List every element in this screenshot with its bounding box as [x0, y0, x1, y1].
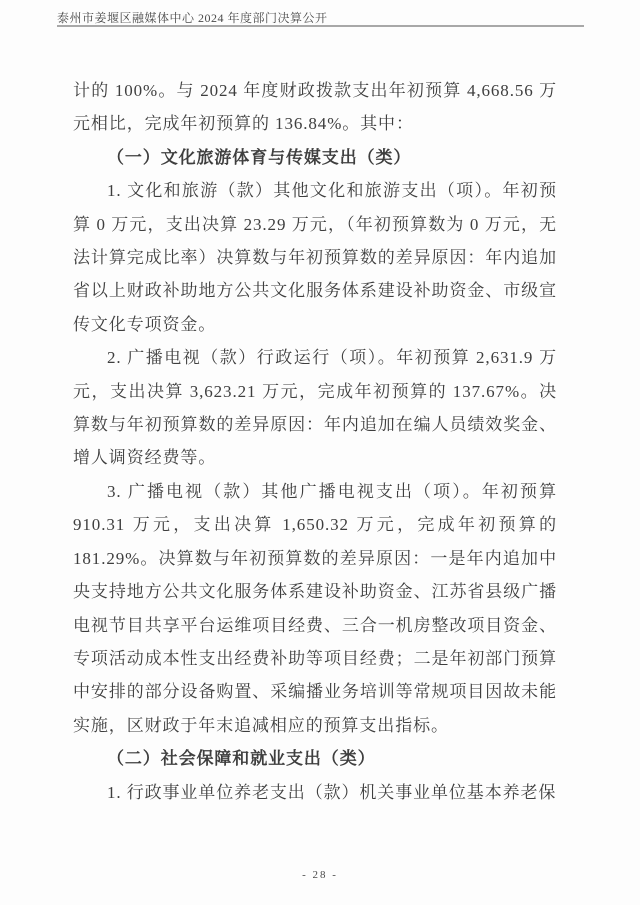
document-header-title: 泰州市姜堰区融媒体中心 2024 年度部门决算公开 [57, 9, 328, 26]
page-footer: - 28 - [0, 869, 640, 881]
document-page: 泰州市姜堰区融媒体中心 2024 年度部门决算公开 计的 100%。与 2024… [0, 0, 640, 905]
header-divider [57, 25, 584, 27]
paragraph-budget-summary: 计的 100%。与 2024 年度财政拨款支出年初预算 4,668.56 万元相… [73, 74, 557, 141]
paragraph-item-2-broadcast-admin: 2. 广播电视（款）行政运行（项）。年初预算 2,631.9 万元，支出决算 3… [73, 341, 557, 475]
paragraph-item-1-pension: 1. 行政事业单位养老支出（款）机关事业单位基本养老保 [73, 776, 557, 809]
paragraph-item-1-culture-tourism: 1. 文化和旅游（款）其他文化和旅游支出（项）。年初预算 0 万元，支出决算 2… [73, 174, 557, 341]
section-heading-culture-tourism: （一）文化旅游体育与传媒支出（类） [73, 141, 557, 174]
section-heading-social-security: （二）社会保障和就业支出（类） [73, 742, 557, 775]
document-body: 计的 100%。与 2024 年度财政拨款支出年初预算 4,668.56 万元相… [73, 74, 557, 809]
paragraph-item-3-broadcast-other: 3. 广播电视（款）其他广播电视支出（项）。年初预算 910.31 万元，支出决… [73, 475, 557, 742]
page-number: - 28 - [302, 869, 338, 881]
